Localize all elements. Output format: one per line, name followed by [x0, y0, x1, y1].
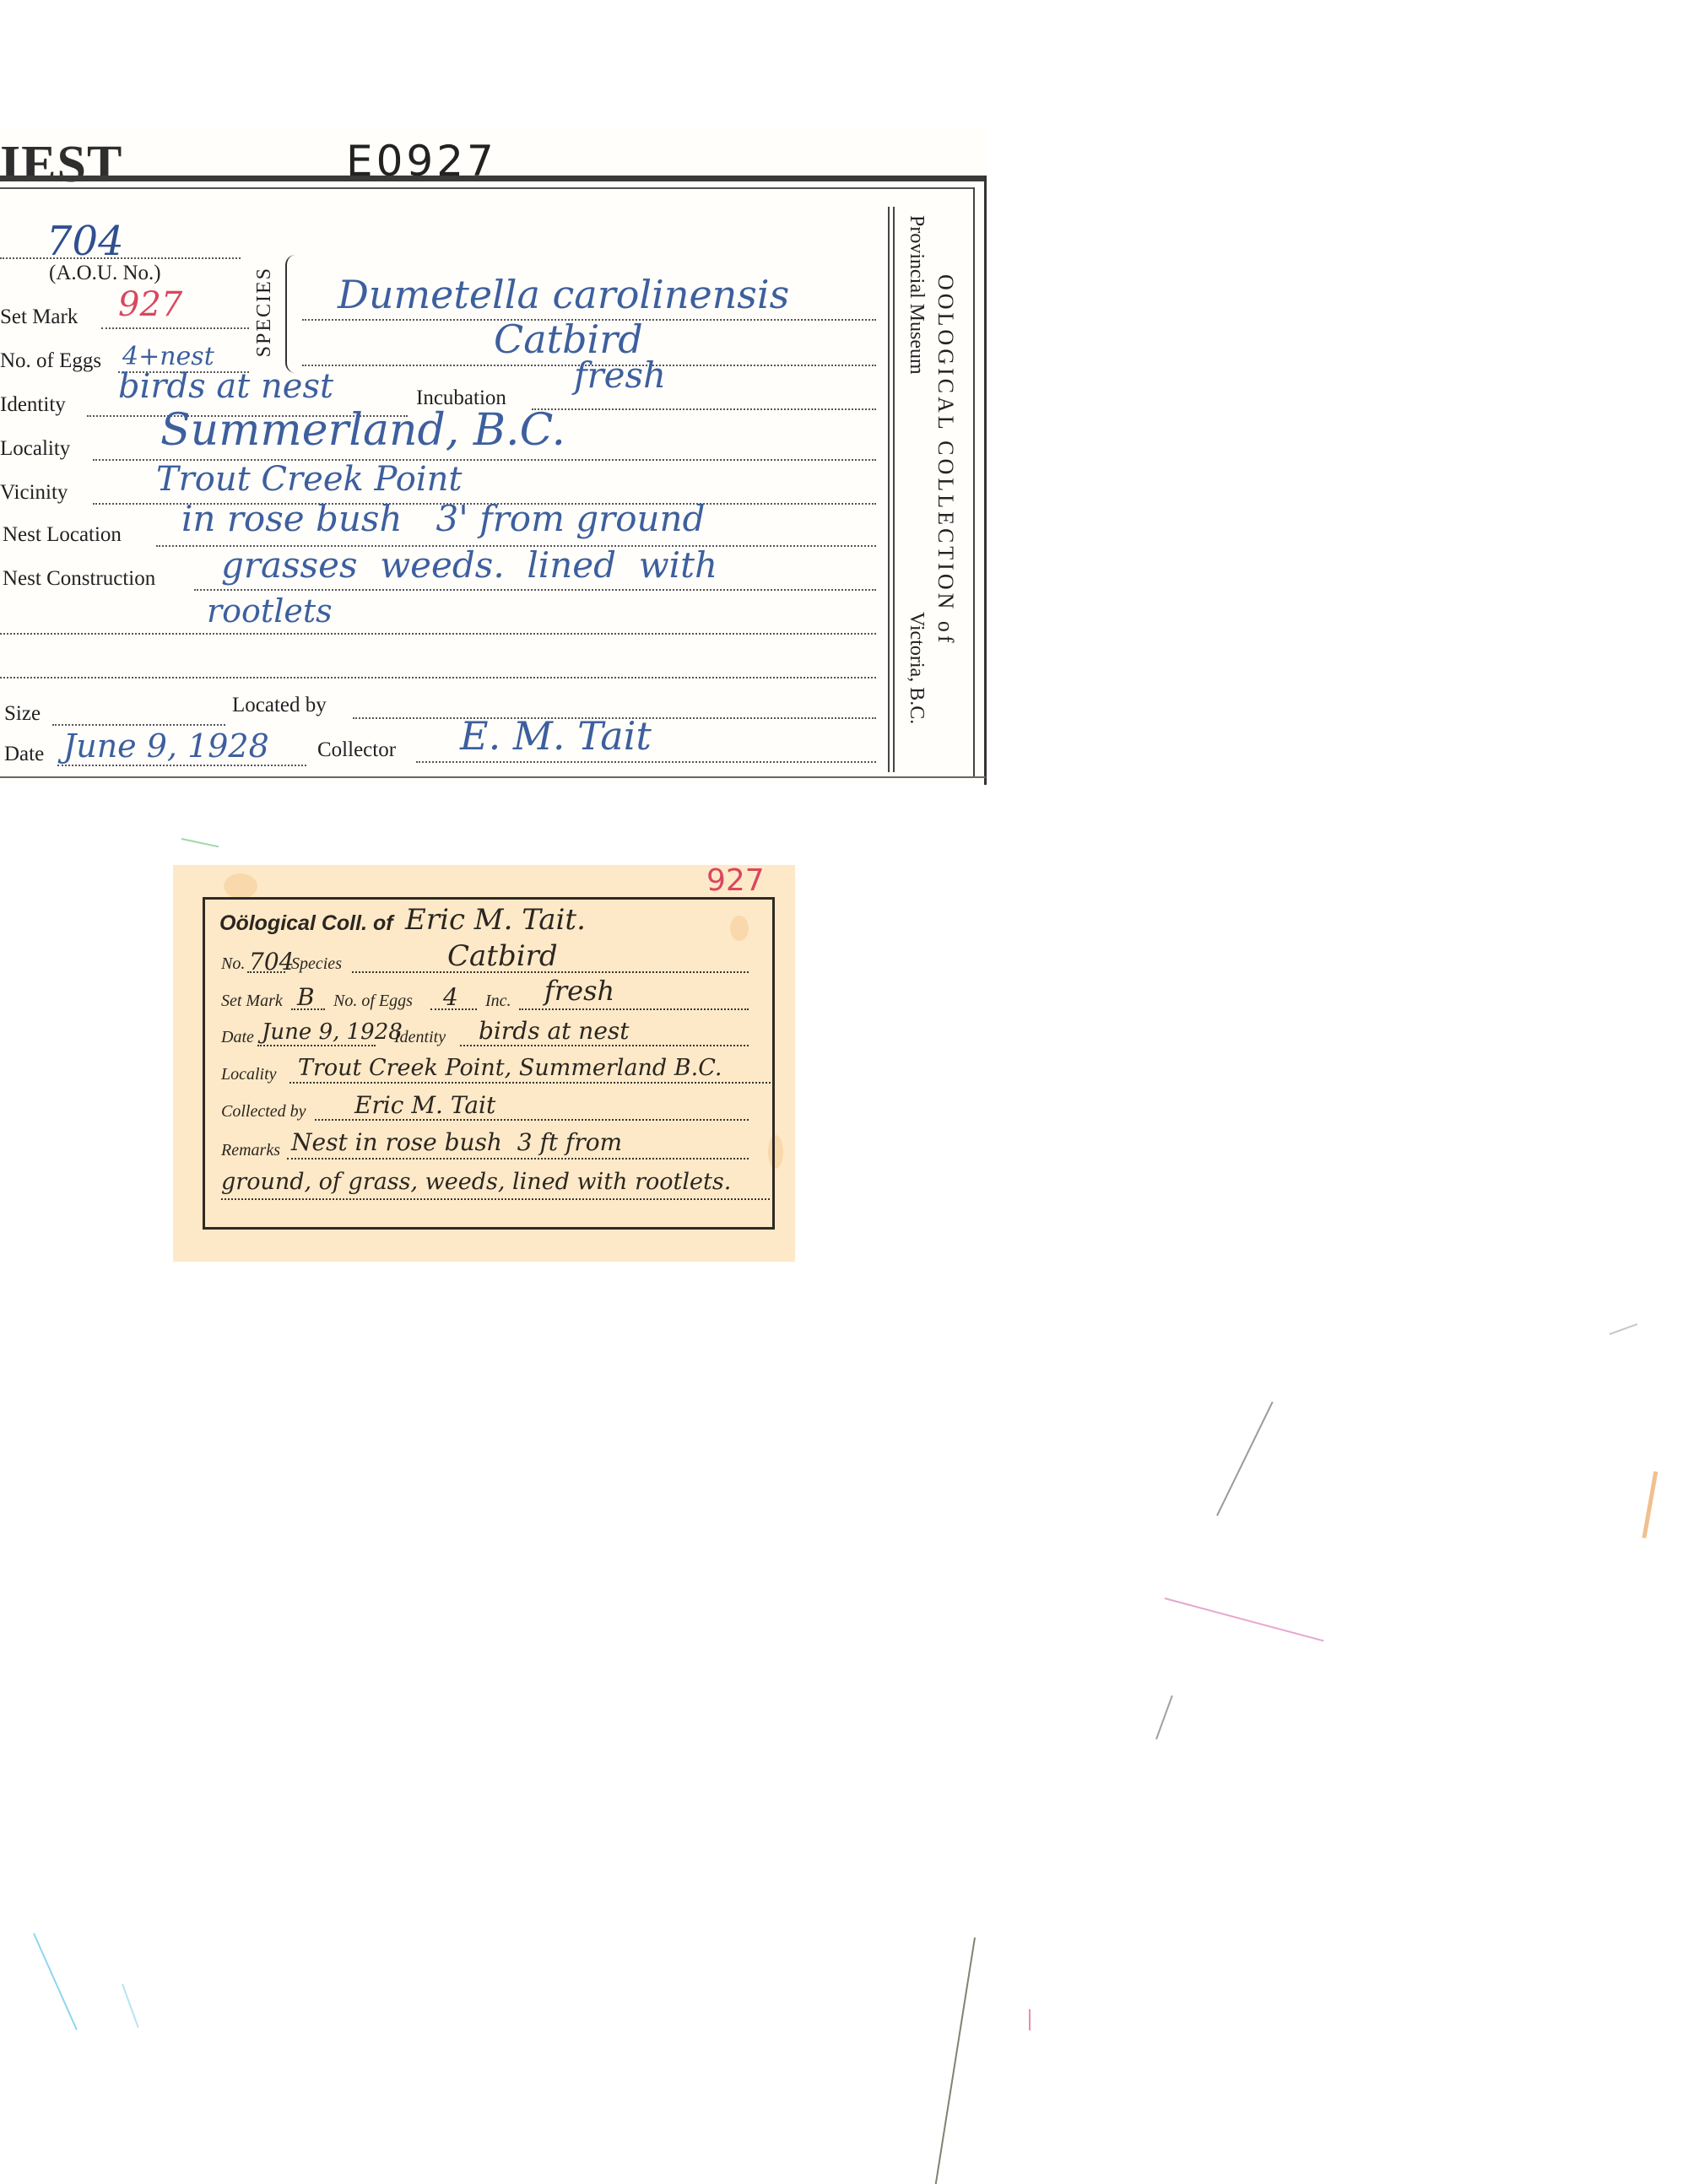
date-line — [257, 1045, 376, 1046]
scan-mark — [181, 838, 219, 847]
aou-number-line — [0, 257, 241, 259]
side-panel-museum: Provincial Museum — [905, 215, 928, 375]
remarks-line — [287, 1158, 749, 1160]
species-value: Catbird — [447, 939, 558, 973]
species-brace — [285, 255, 295, 373]
side-panel-location: Victoria, B.C. — [905, 612, 928, 724]
set-number-annotation: 927 — [706, 863, 765, 898]
collected-by-label: Collected by — [221, 1102, 306, 1122]
date-label: Date — [4, 743, 44, 766]
collector-value: E. M. Tait — [460, 713, 652, 759]
locality-label: Locality — [0, 437, 70, 461]
set-mark-line — [101, 327, 249, 329]
box-bottom-border — [0, 776, 986, 778]
side-panel-title: OOLOGICAL COLLECTION of — [933, 274, 958, 646]
collection-heading-label: Oölogical Coll. of — [219, 911, 393, 936]
scan-mark — [1029, 2009, 1031, 2030]
remarks-value-line2: ground, of grass, weeds, lined with root… — [221, 1169, 731, 1195]
box-top-border — [0, 187, 975, 189]
locality-line — [289, 1082, 771, 1084]
inc-value: fresh — [544, 975, 614, 1007]
vicinity-value: Trout Creek Point — [156, 460, 462, 499]
nest-record-card: IEST E0927 OOLOGICAL COLLECTION of Provi… — [0, 127, 987, 785]
nest-construction-value-line2: rootlets — [207, 592, 333, 630]
collector-line — [416, 761, 876, 763]
species-label-wrap: SPECIES — [253, 253, 276, 371]
collection-owner-value: Eric M. Tait. — [405, 903, 586, 937]
remarks-value: Nest in rose bush 3 ft from — [291, 1128, 622, 1156]
date-value: June 9, 1928 — [262, 1019, 403, 1045]
located-by-label: Located by — [232, 694, 327, 717]
size-line — [52, 724, 225, 726]
nest-construction-label: Nest Construction — [3, 567, 155, 591]
nest-construction-line-2 — [0, 633, 876, 635]
scan-mark — [1642, 1471, 1658, 1538]
scan-mark — [1155, 1695, 1173, 1739]
scan-mark — [1216, 1402, 1274, 1516]
incubation-value: fresh — [574, 354, 666, 396]
scan-mark — [1165, 1597, 1324, 1641]
side-panel: OOLOGICAL COLLECTION of Provincial Museu… — [895, 207, 975, 772]
locality-label: Locality — [221, 1065, 277, 1084]
set-mark-label: Set Mark — [221, 992, 283, 1011]
identity-line — [460, 1045, 749, 1046]
card-right-edge — [984, 176, 987, 785]
identity-value: birds at nest — [479, 1017, 630, 1045]
no-of-eggs-label: No. of Eggs — [333, 992, 413, 1011]
scan-mark — [934, 1938, 976, 2184]
collection-label-card: 927 Oölogical Coll. of Eric M. Tait. No.… — [173, 865, 795, 1262]
collected-by-value: Eric M. Tait — [354, 1091, 495, 1119]
species-scientific-value: Dumetella carolinensis — [338, 272, 789, 317]
incubation-line — [532, 408, 876, 410]
vicinity-label: Vicinity — [0, 481, 68, 505]
collector-label: Collector — [317, 738, 396, 762]
scan-mark — [33, 1933, 78, 2030]
date-line — [57, 765, 306, 766]
identity-label: Identity — [394, 1028, 446, 1047]
header-rule — [0, 176, 986, 181]
set-mark-value: B — [297, 983, 315, 1011]
date-label: Date — [221, 1028, 254, 1047]
card-header-title: IEST — [0, 135, 122, 195]
remarks-label: Remarks — [221, 1141, 280, 1160]
no-value: 704 — [249, 948, 294, 976]
scan-mark — [122, 1984, 139, 2028]
identity-label: Identity — [0, 393, 66, 417]
nest-construction-value: grasses weeds. lined with — [221, 544, 717, 586]
nest-construction-line — [194, 589, 876, 591]
inc-label: Inc. — [485, 992, 511, 1011]
no-label: No. — [221, 954, 245, 974]
species-label: Species — [291, 954, 342, 974]
no-of-eggs-label: No. of Eggs — [0, 349, 101, 373]
locality-value: Summerland, B.C. — [160, 405, 565, 456]
identity-value: birds at nest — [118, 367, 333, 406]
species-label: SPECIES — [253, 267, 276, 357]
set-mark-value: 927 — [118, 285, 182, 324]
no-of-eggs-value: 4 — [443, 983, 458, 1011]
size-label: Size — [4, 702, 41, 726]
remarks-line-2 — [221, 1198, 770, 1200]
scan-mark — [1610, 1323, 1638, 1335]
aou-number-label: (A.O.U. No.) — [49, 262, 161, 285]
side-panel-divider — [888, 207, 890, 772]
nest-location-value: in rose bush 3' from ground — [181, 498, 705, 539]
nest-location-label: Nest Location — [3, 523, 122, 547]
inc-line — [519, 1008, 749, 1010]
blank-line — [0, 677, 876, 678]
locality-value: Trout Creek Point, Summerland B.C. — [298, 1055, 722, 1081]
collected-by-line — [315, 1119, 749, 1121]
set-mark-label: Set Mark — [0, 305, 78, 329]
paper-stain — [224, 873, 257, 899]
date-value: June 9, 1928 — [63, 727, 269, 765]
